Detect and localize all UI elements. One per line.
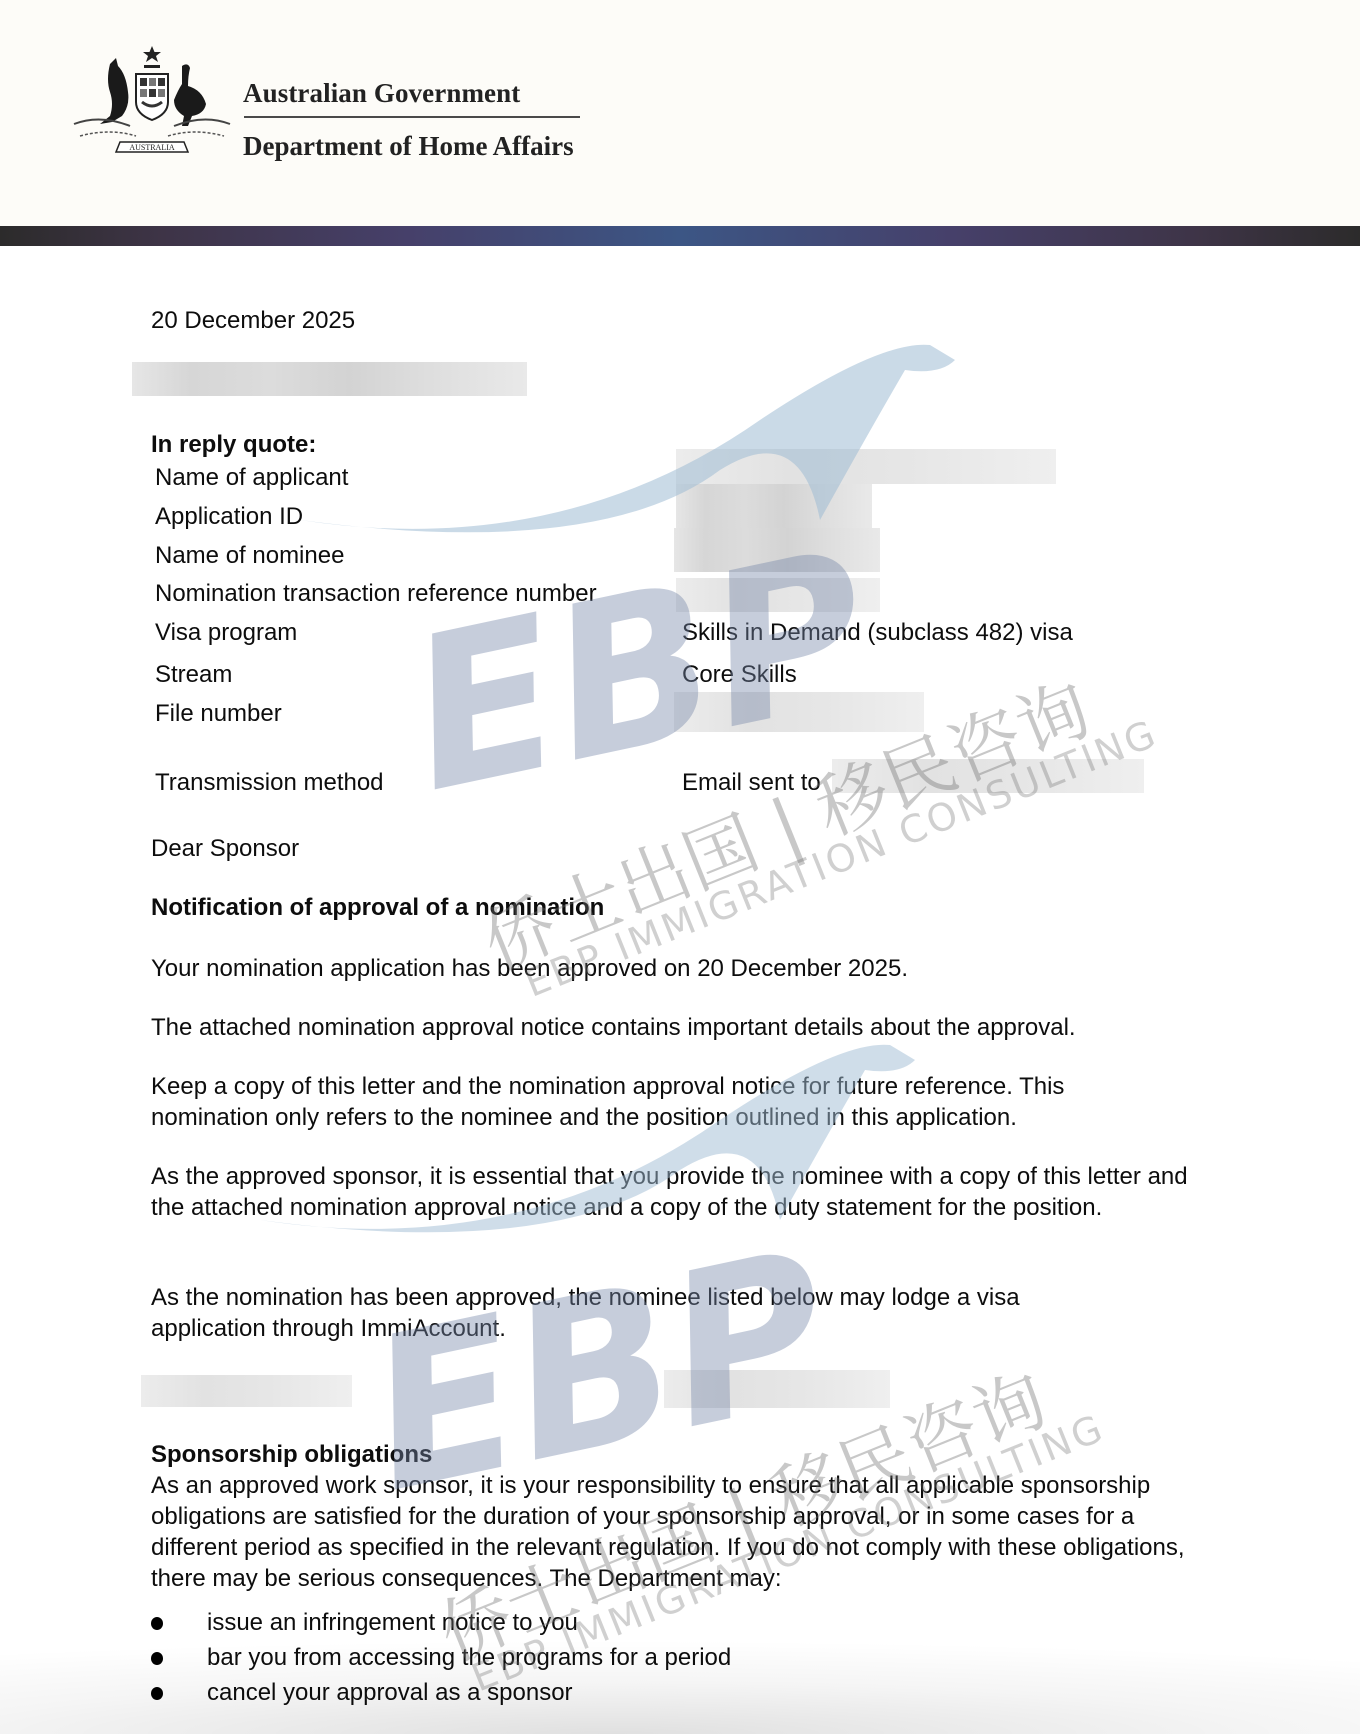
field-value-stream: Core Skills (682, 659, 797, 690)
paragraph-approval-date: Your nomination application has been app… (151, 953, 1211, 984)
reply-quote-heading: In reply quote: (151, 429, 316, 460)
redacted-nominee-name (674, 528, 880, 572)
paragraph-lodge-visa: As the nomination has been approved, the… (151, 1282, 1111, 1344)
letter-subject: Notification of approval of a nomination (151, 892, 604, 923)
redacted-nominee-name-2 (141, 1375, 352, 1407)
field-label-application-id: Application ID (155, 501, 303, 532)
letter-date: 20 December 2025 (151, 305, 355, 336)
field-label-transmission: Transmission method (155, 767, 384, 798)
redacted-addressee (132, 362, 527, 396)
field-value-transmission: Email sent to (682, 767, 821, 798)
paragraph-keep-copy: Keep a copy of this letter and the nomin… (151, 1071, 1151, 1133)
obligations-paragraph: As an approved work sponsor, it is your … (151, 1470, 1221, 1594)
coat-of-arms-icon: AUSTRALIA (70, 44, 234, 164)
redacted-file-number (674, 692, 924, 732)
field-label-visa-program: Visa program (155, 617, 297, 648)
header-band (0, 226, 1360, 246)
redacted-application-id (676, 484, 872, 528)
redacted-applicant-name (676, 449, 1056, 484)
bullet-icon (151, 1617, 163, 1630)
paragraph-provide-nominee: As the approved sponsor, it is essential… (151, 1161, 1196, 1223)
obligations-heading: Sponsorship obligations (151, 1439, 432, 1470)
salutation: Dear Sponsor (151, 833, 299, 864)
field-label-stream: Stream (155, 659, 232, 690)
header-divider (244, 116, 580, 118)
letterhead: AUSTRALIA Australian Government Departme… (0, 0, 1360, 226)
paragraph-attached-notice: The attached nomination approval notice … (151, 1012, 1211, 1043)
page-bottom-shadow (0, 1640, 1360, 1734)
department-title: Department of Home Affairs (243, 131, 574, 162)
field-label-applicant: Name of applicant (155, 462, 348, 493)
redacted-email-address (832, 759, 1144, 793)
government-title: Australian Government (243, 78, 520, 109)
redacted-transaction-ref (676, 578, 880, 612)
field-value-visa-program: Skills in Demand (subclass 482) visa (682, 617, 1073, 648)
field-label-nominee: Name of nominee (155, 540, 344, 571)
field-label-transaction-ref: Nomination transaction reference number (155, 578, 597, 609)
svg-text:AUSTRALIA: AUSTRALIA (129, 143, 175, 152)
redacted-nominee-detail (664, 1370, 890, 1408)
field-label-file-number: File number (155, 698, 282, 729)
